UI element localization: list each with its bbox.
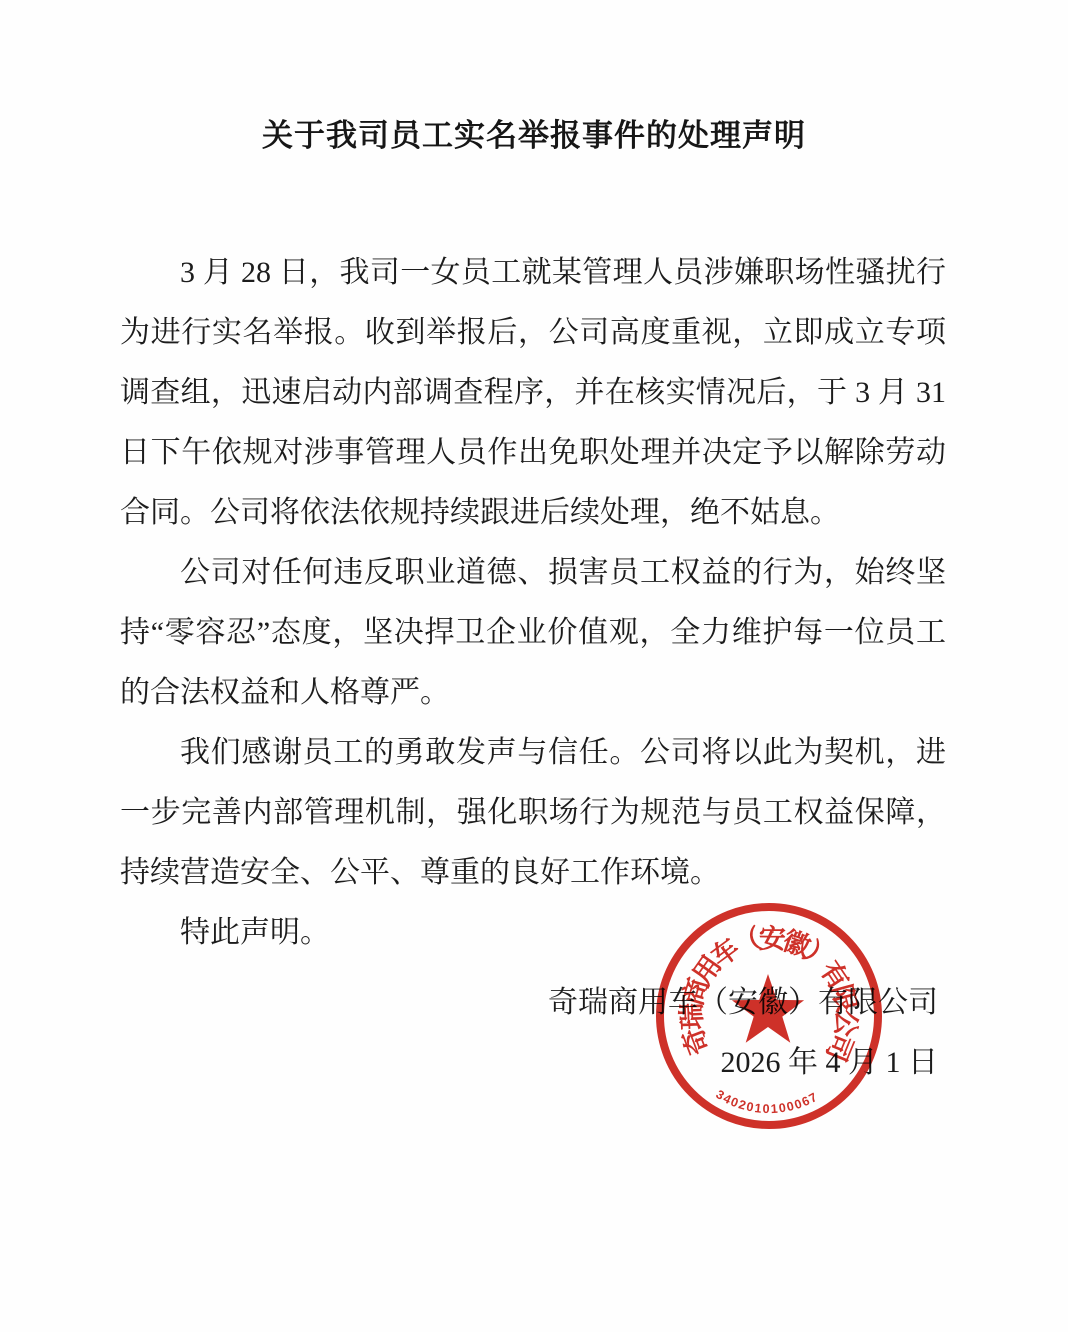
signature-company: 奇瑞商用车（安徽）有限公司 <box>0 973 938 1033</box>
signature-block: 奇瑞商用车（安徽）有限公司 2026 年 4 月 1 日 <box>0 973 1068 1093</box>
paragraph-incident-handling: 3 月 28 日，我司一女员工就某管理人员涉嫌职场性骚扰行为进行实名举报。收到举… <box>120 243 946 543</box>
paragraph-gratitude-improvement: 我们感谢员工的勇敢发声与信任。公司将以此为契机，进一步完善内部管理机制，强化职场… <box>120 723 946 903</box>
signature-date: 2026 年 4 月 1 日 <box>0 1033 938 1093</box>
document-body: 3 月 28 日，我司一女员工就某管理人员涉嫌职场性骚扰行为进行实名举报。收到举… <box>120 243 946 963</box>
paragraph-closing-statement: 特此声明。 <box>120 903 946 963</box>
statement-document-page: 关于我司员工实名举报事件的处理声明 3 月 28 日，我司一女员工就某管理人员涉… <box>0 0 1068 1332</box>
paragraph-zero-tolerance: 公司对任何违反职业道德、损害员工权益的行为，始终坚持“零容忍”态度，坚决捍卫企业… <box>120 543 946 723</box>
document-title: 关于我司员工实名举报事件的处理声明 <box>0 0 1068 156</box>
